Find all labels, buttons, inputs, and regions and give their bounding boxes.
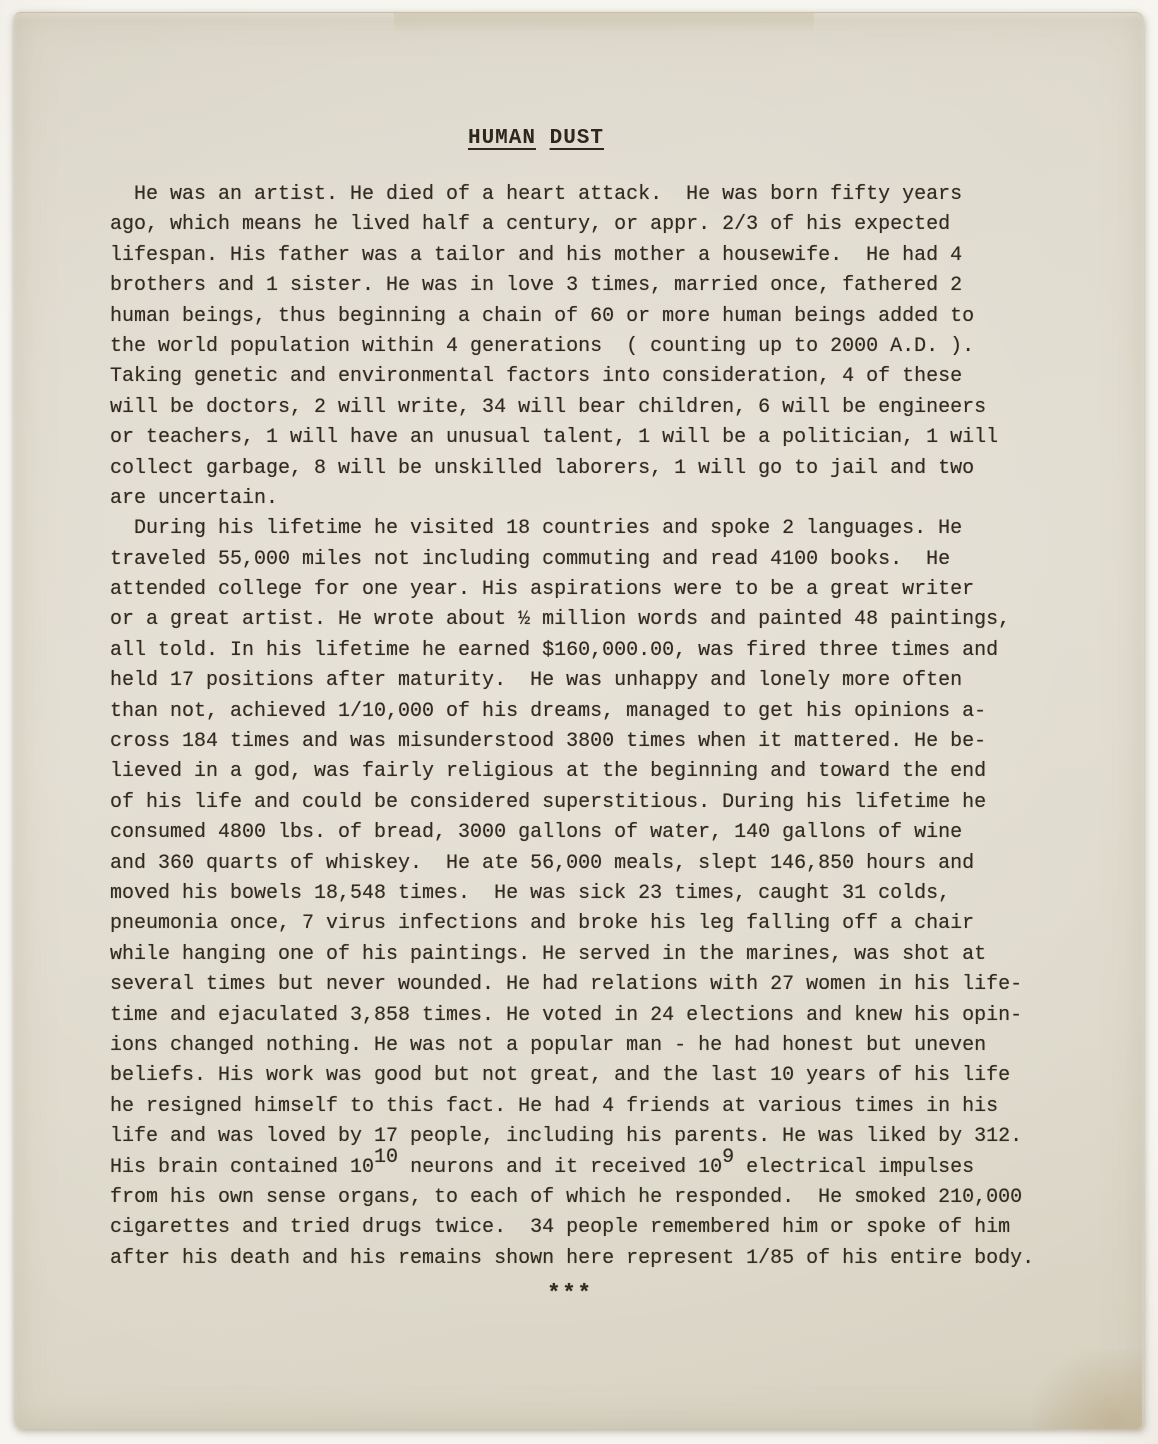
text-line: moved his bowels 18,548 times. He was si… bbox=[110, 879, 1090, 909]
text-line: His brain contained 1010 neurons and it … bbox=[110, 1153, 1090, 1183]
asterisks-footer: *** bbox=[110, 1279, 1030, 1309]
text-line: or teachers, 1 will have an unusual tale… bbox=[110, 423, 1090, 453]
text-line: all told. In his lifetime he earned $160… bbox=[110, 636, 1090, 666]
text-line: he resigned himself to this fact. He had… bbox=[110, 1092, 1090, 1122]
text-line: from his own sense organs, to each of wh… bbox=[110, 1183, 1090, 1213]
text-line: after his death and his remains shown he… bbox=[110, 1244, 1090, 1274]
text-line: He was an artist. He died of a heart att… bbox=[110, 180, 1090, 210]
title-word: DUST bbox=[550, 127, 604, 150]
text-line: and 360 quarts of whiskey. He ate 56,000… bbox=[110, 849, 1090, 879]
text-line: the world population within 4 generation… bbox=[110, 332, 1090, 362]
text-line: of his life and could be considered supe… bbox=[110, 788, 1090, 818]
paper-sheet: HUMAN DUST He was an artist. He died of … bbox=[14, 12, 1144, 1429]
text-line: cigarettes and tried drugs twice. 34 peo… bbox=[110, 1213, 1090, 1243]
text-line: Taking genetic and environmental factors… bbox=[110, 362, 1090, 392]
text-line: collect garbage, 8 will be unskilled lab… bbox=[110, 454, 1090, 484]
text-line: cross 184 times and was misunderstood 38… bbox=[110, 727, 1090, 757]
text-line: while hanging one of his paintings. He s… bbox=[110, 940, 1090, 970]
text-line: ago, which means he lived half a century… bbox=[110, 210, 1090, 240]
text-line: time and ejaculated 3,858 times. He vote… bbox=[110, 1001, 1090, 1031]
superscript: 9 bbox=[722, 1146, 734, 1169]
superscript: 10 bbox=[374, 1146, 398, 1169]
text-line: lifespan. His father was a tailor and hi… bbox=[110, 241, 1090, 271]
text-line: During his lifetime he visited 18 countr… bbox=[110, 514, 1090, 544]
text-line: human beings, thus beginning a chain of … bbox=[110, 302, 1090, 332]
text-line: life and was loved by 17 people, includi… bbox=[110, 1122, 1090, 1152]
text-line: attended college for one year. His aspir… bbox=[110, 575, 1090, 605]
text-line: are uncertain. bbox=[110, 484, 1090, 514]
text-line: than not, achieved 1/10,000 of his dream… bbox=[110, 697, 1090, 727]
text-line: traveled 55,000 miles not including comm… bbox=[110, 545, 1090, 575]
title-word: HUMAN bbox=[468, 127, 536, 150]
text-line: held 17 positions after maturity. He was… bbox=[110, 666, 1090, 696]
text-line: beliefs. His work was good but not great… bbox=[110, 1061, 1090, 1091]
text-line: ions changed nothing. He was not a popul… bbox=[110, 1031, 1090, 1061]
text-line: brothers and 1 sister. He was in love 3 … bbox=[110, 271, 1090, 301]
text-line: consumed 4800 lbs. of bread, 3000 gallon… bbox=[110, 818, 1090, 848]
text-line: will be doctors, 2 will write, 34 will b… bbox=[110, 393, 1090, 423]
photo-backdrop: HUMAN DUST He was an artist. He died of … bbox=[0, 0, 1158, 1444]
text-line: pneumonia once, 7 virus infections and b… bbox=[110, 909, 1090, 939]
paper-corner-stain bbox=[1032, 1349, 1142, 1429]
text-line: lieved in a god, was fairly religious at… bbox=[110, 757, 1090, 787]
page-title: HUMAN DUST bbox=[0, 127, 1101, 150]
text-line: several times but never wounded. He had … bbox=[110, 970, 1090, 1000]
document-body-text: He was an artist. He died of a heart att… bbox=[110, 180, 1090, 1309]
text-line: or a great artist. He wrote about ½ mill… bbox=[110, 605, 1090, 635]
paper-edge-stain bbox=[394, 13, 814, 39]
